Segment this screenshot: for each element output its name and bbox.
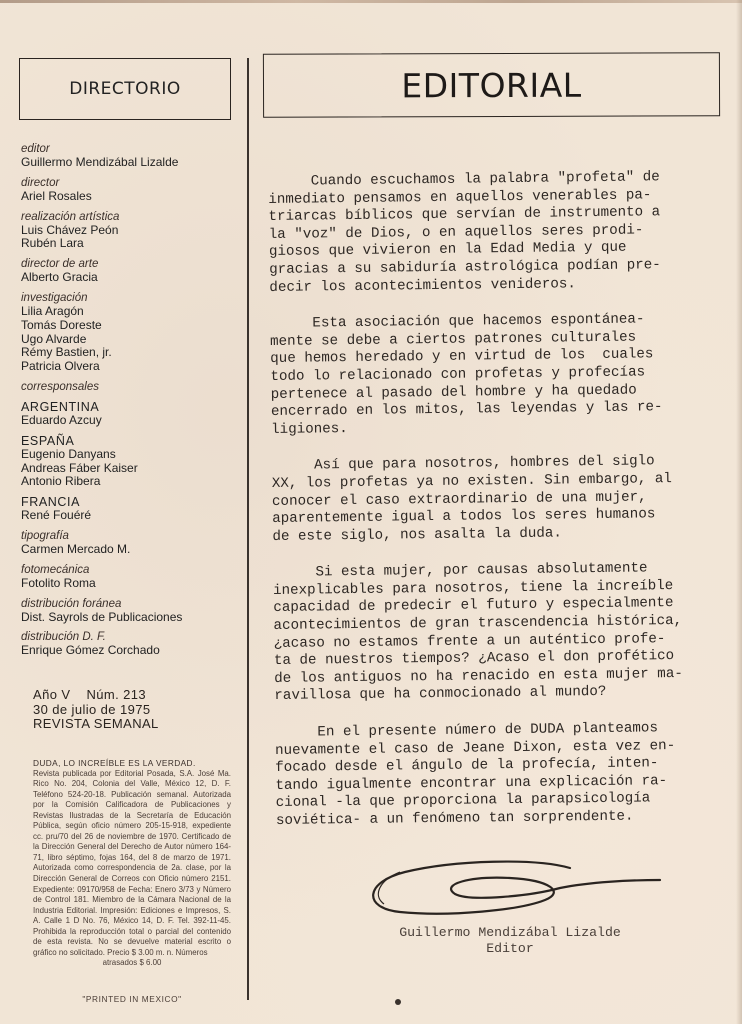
- directory-person: Guillermo Mendizábal Lizalde: [21, 156, 243, 170]
- editorial-paragraph: En el presente número de DUDA planteamos…: [275, 719, 742, 830]
- directory-person: Dist. Sayrols de Publicaciones: [21, 611, 243, 625]
- editorial-paragraph: Así que para nosotros, hombres del siglo…: [271, 452, 742, 546]
- editorial-header-box: EDITORIAL: [263, 52, 720, 118]
- magazine-page: DIRECTORIO editorGuillermo Mendizábal Li…: [0, 0, 742, 1024]
- directory-person: Alberto Gracia: [21, 271, 243, 285]
- directory-role: realización artística: [21, 210, 243, 224]
- directory-person: Enrique Gómez Corchado: [21, 644, 243, 658]
- editorial-title: EDITORIAL: [401, 65, 581, 105]
- editorial-paragraph: Esta asociación que hacemos espontánea-m…: [270, 310, 742, 439]
- directory-person: Andreas Fáber Kaiser: [21, 462, 243, 476]
- directory-title: DIRECTORIO: [69, 79, 181, 99]
- directory-person: Luis Chávez Peón: [21, 224, 243, 238]
- directory-role: fotomecánica: [21, 563, 243, 577]
- signature-block: Guillermo Mendizábal Lizalde Editor: [355, 925, 665, 956]
- editorial-paragraph: Cuando escuchamos la palabra "profeta" d…: [268, 168, 742, 297]
- directory-person: Carmen Mercado M.: [21, 543, 243, 557]
- directory-role: editor: [21, 142, 243, 156]
- legal-notice: DUDA, LO INCREÍBLE ES LA VERDAD. Revista…: [33, 758, 231, 969]
- column-divider: [247, 58, 249, 1000]
- directory-person: Rémy Bastien, jr.: [21, 346, 243, 360]
- directory-role: distribución D. F.: [21, 630, 243, 644]
- directory-person: Rubén Lara: [21, 237, 243, 251]
- page-top-edge: [0, 0, 742, 3]
- issue-info: Año V Núm. 213 30 de julio de 1975 REVIS…: [33, 688, 233, 732]
- issue-date: 30 de julio de 1975: [33, 703, 233, 718]
- legal-tagline: DUDA, LO INCREÍBLE ES LA VERDAD.: [33, 758, 231, 769]
- directory-person: Tomás Doreste: [21, 319, 243, 333]
- signature-title: Editor: [355, 941, 665, 957]
- directory-role: tipografía: [21, 529, 243, 543]
- issue-number: Núm. 213: [86, 688, 146, 703]
- legal-text: Revista publicada por Editorial Posada, …: [33, 769, 231, 959]
- signature-scribble-icon: [360, 850, 670, 920]
- directory-role: director: [21, 176, 243, 190]
- directory-person: Antonio Ribera: [21, 475, 243, 489]
- editorial-body: Cuando escuchamos la palabra "profeta" d…: [268, 168, 742, 849]
- directory-person: Fotolito Roma: [21, 577, 243, 591]
- directory-role: corresponsales: [21, 380, 243, 394]
- directory-person: Eduardo Azcuy: [21, 414, 243, 428]
- directory-person: René Fouéré: [21, 509, 243, 523]
- signature-name: Guillermo Mendizábal Lizalde: [355, 925, 665, 941]
- page-mark-dot: [395, 999, 401, 1005]
- directory-header-box: DIRECTORIO: [19, 58, 231, 120]
- editorial-paragraph: Si esta mujer, por causas absolutamentei…: [273, 559, 742, 706]
- directory-person: Ugo Alvarde: [21, 333, 243, 347]
- directory-role: director de arte: [21, 257, 243, 271]
- directory-country: FRANCIA: [21, 495, 243, 509]
- directory-role: distribución foránea: [21, 597, 243, 611]
- directory-person: Eugenio Danyans: [21, 448, 243, 462]
- directory-list: editorGuillermo Mendizábal Lizaldedirect…: [21, 142, 243, 658]
- issue-frequency: REVISTA SEMANAL: [33, 717, 233, 732]
- issue-number-line: Año V Núm. 213: [33, 688, 233, 703]
- legal-back-issues: atrasados $ 6.00: [33, 958, 231, 969]
- directory-person: Lilia Aragón: [21, 305, 243, 319]
- printed-in-mexico: "PRINTED IN MEXICO": [33, 994, 231, 1004]
- directory-country: ARGENTINA: [21, 400, 243, 414]
- issue-year: Año V: [33, 688, 70, 703]
- directory-role: investigación: [21, 291, 243, 305]
- directory-country: ESPAÑA: [21, 434, 243, 448]
- directory-person: Ariel Rosales: [21, 190, 243, 204]
- directory-person: Patricia Olvera: [21, 360, 243, 374]
